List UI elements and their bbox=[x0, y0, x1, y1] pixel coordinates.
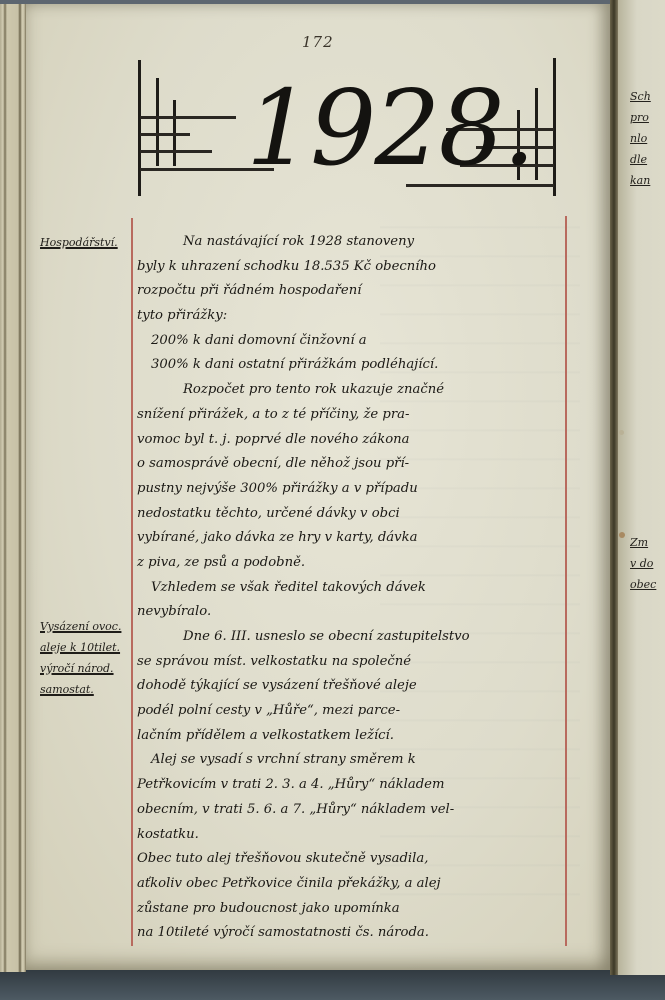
text-line: Vzhledem se však ředitel takových dávek bbox=[137, 576, 567, 601]
text-line: 200% k dani domovní činžovní a bbox=[137, 329, 567, 354]
year-heading: 1928. bbox=[246, 58, 466, 198]
text-line: vybírané, jako dávka ze hry v karty, dáv… bbox=[137, 526, 567, 551]
margin-note-alley-planting: Vysázení ovoc. aleje k 10tilet. výročí n… bbox=[40, 616, 121, 700]
text-line: Na nastávající rok 1928 stanoveny bbox=[137, 230, 567, 255]
binding-stain bbox=[619, 532, 625, 538]
text-line: Petřkovicím v trati 2. 3. a 4. „Hůry“ ná… bbox=[137, 773, 567, 798]
facing-page-note-mid: Zm v do obec bbox=[630, 532, 665, 595]
text-line: na 10tileté výročí samostatnosti čs. nár… bbox=[137, 921, 567, 946]
year-heading-frame: 1928. bbox=[138, 58, 556, 198]
text-line: nevybíralo. bbox=[137, 600, 567, 625]
text-line: obecním, v trati 5. 6. a 7. „Hůry“ nákla… bbox=[137, 798, 567, 823]
text-line: snížení přirážek, a to z té příčiny, že … bbox=[137, 403, 567, 428]
text-line: podél polní cesty v „Hůře“, mezi parce- bbox=[137, 699, 567, 724]
ornament-line bbox=[553, 58, 556, 196]
facing-page-note-top: Sch pro nlo dle kan bbox=[630, 86, 665, 191]
text-line: z piva, ze psů a podobně. bbox=[137, 551, 567, 576]
page-number: 172 bbox=[302, 33, 334, 51]
text-line: aťkoliv obec Petřkovice činila překážky,… bbox=[137, 872, 567, 897]
ornament-line bbox=[140, 116, 236, 119]
chronicle-body: Na nastávající rok 1928 stanoveny byly k… bbox=[137, 230, 567, 946]
text-line: rozpočtu při řádném hospodaření bbox=[137, 279, 567, 304]
book-gutter bbox=[610, 0, 618, 975]
text-line: pustny nejvýše 300% přirážky a v případu bbox=[137, 477, 567, 502]
margin-note-line: aleje k 10tilet. bbox=[40, 637, 121, 658]
text-line: kostatku. bbox=[137, 823, 567, 848]
left-margin-rule bbox=[131, 218, 133, 946]
text-line: 300% k dani ostatní přirážkám podléhajíc… bbox=[137, 353, 567, 378]
ornament-line bbox=[138, 60, 141, 196]
facing-note-line: Sch bbox=[630, 86, 665, 107]
ornament-line bbox=[140, 150, 212, 153]
ornament-line bbox=[140, 133, 190, 136]
facing-note-line: kan bbox=[630, 170, 665, 191]
margin-note-line: Vysázení ovoc. bbox=[40, 616, 121, 637]
margin-note-line: výročí národ. bbox=[40, 658, 121, 679]
text-line: Rozpočet pro tento rok ukazuje značné bbox=[137, 378, 567, 403]
text-line: o samosprávě obecní, dle něhož jsou pří- bbox=[137, 452, 567, 477]
text-line: dohodě týkající se vysázení třešňové ale… bbox=[137, 674, 567, 699]
facing-note-line: Zm bbox=[630, 532, 665, 553]
text-line: vomoc byl t. j. poprvé dle nového zákona bbox=[137, 428, 567, 453]
text-line: tyto přirážky: bbox=[137, 304, 567, 329]
stacked-page-edges bbox=[0, 4, 26, 972]
text-line: zůstane pro budoucnost jako upomínka bbox=[137, 897, 567, 922]
paper-speck bbox=[619, 430, 624, 435]
facing-note-line: pro bbox=[630, 107, 665, 128]
margin-note-line: samostat. bbox=[40, 679, 121, 700]
facing-note-line: nlo bbox=[630, 128, 665, 149]
facing-note-line: dle bbox=[630, 149, 665, 170]
text-line: Dne 6. III. usneslo se obecní zastupitel… bbox=[137, 625, 567, 650]
text-line: Obec tuto alej třešňovou skutečně vysadi… bbox=[137, 847, 567, 872]
facing-note-line: obec bbox=[630, 574, 665, 595]
text-line: nedostatku těchto, určené dávky v obci bbox=[137, 502, 567, 527]
background-surface bbox=[0, 965, 665, 1000]
text-line: Alej se vysadí s vrchní strany směrem k bbox=[137, 748, 567, 773]
margin-note-economy: Hospodářství. bbox=[40, 232, 118, 253]
text-line: se správou míst. velkostatku na společné bbox=[137, 650, 567, 675]
text-line: byly k uhrazení schodku 18.535 Kč obecní… bbox=[137, 255, 567, 280]
text-line: lačním přídělem a velkostatkem ležící. bbox=[137, 724, 567, 749]
margin-note-line: Hospodářství. bbox=[40, 236, 118, 249]
facing-note-line: v do bbox=[630, 553, 665, 574]
